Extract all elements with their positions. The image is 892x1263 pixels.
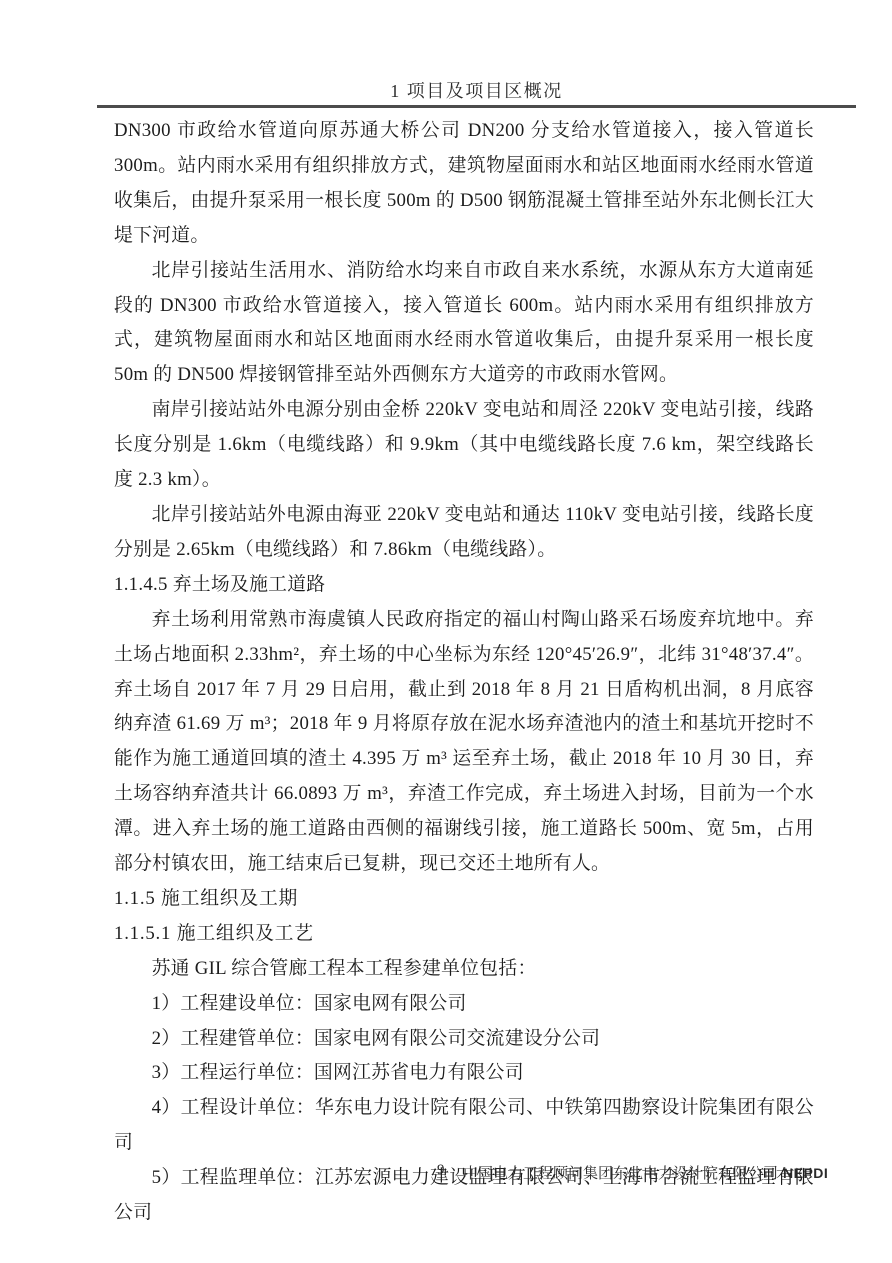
section-heading-1-1-4-5: 1.1.4.5 弃土场及施工道路 — [114, 568, 814, 603]
footer-company-name: 中国电力工程顾问集团东北电力设计院有限公司 — [463, 1166, 778, 1182]
page-header: 1 项目及项目区概况 — [97, 0, 856, 108]
paragraph-north-station-water-drainage: 北岸引接站生活用水、消防给水均来自市政自来水系统，水源从东方大道南延段的 DN3… — [114, 254, 814, 394]
footer-company: 中国电力工程顾问集团东北电力设计院有限公司NEPDI — [463, 1162, 828, 1183]
section-heading-1-1-5-1: 1.1.5.1 施工组织及工艺 — [114, 917, 814, 952]
paragraph-south-station-water-drainage: DN300 市政给水管道向原苏通大桥公司 DN200 分支给水管道接入，接入管道… — [114, 114, 814, 254]
page-content: DN300 市政给水管道向原苏通大桥公司 DN200 分支给水管道接入，接入管道… — [114, 114, 814, 1231]
header-title: 1 项目及项目区概况 — [97, 77, 856, 103]
paragraph-participating-units-intro: 苏通 GIL 综合管廊工程本工程参建单位包括： — [114, 952, 814, 987]
list-item-operation-unit: 3）工程运行单位：国网江苏省电力有限公司 — [114, 1056, 814, 1091]
paragraph-south-station-power-supply: 南岸引接站站外电源分别由金桥 220kV 变电站和周泾 220kV 变电站引接，… — [114, 393, 814, 498]
section-heading-1-1-5: 1.1.5 施工组织及工期 — [114, 882, 814, 917]
list-item-management-unit: 2）工程建管单位：国家电网有限公司交流建设分公司 — [114, 1022, 814, 1057]
paragraph-north-station-power-supply: 北岸引接站站外电源由海亚 220kV 变电站和通达 110kV 变电站引接，线路… — [114, 498, 814, 568]
list-item-design-unit: 4）工程设计单位：华东电力设计院有限公司、中铁第四勘察设计院集团有限公司 — [114, 1091, 814, 1161]
document-page: 1 项目及项目区概况 DN300 市政给水管道向原苏通大桥公司 DN200 分支… — [0, 0, 892, 1263]
footer-company-abbr: NEPDI — [783, 1165, 828, 1181]
list-item-construction-unit: 1）工程建设单位：国家电网有限公司 — [114, 987, 814, 1022]
page-footer: 9 中国电力工程顾问集团东北电力设计院有限公司NEPDI — [0, 1158, 892, 1188]
page-number: 9 — [437, 1162, 445, 1179]
paragraph-spoil-ground: 弃土场利用常熟市海虞镇人民政府指定的福山村陶山路采石场废弃坑地中。弃土场占地面积… — [114, 603, 814, 882]
